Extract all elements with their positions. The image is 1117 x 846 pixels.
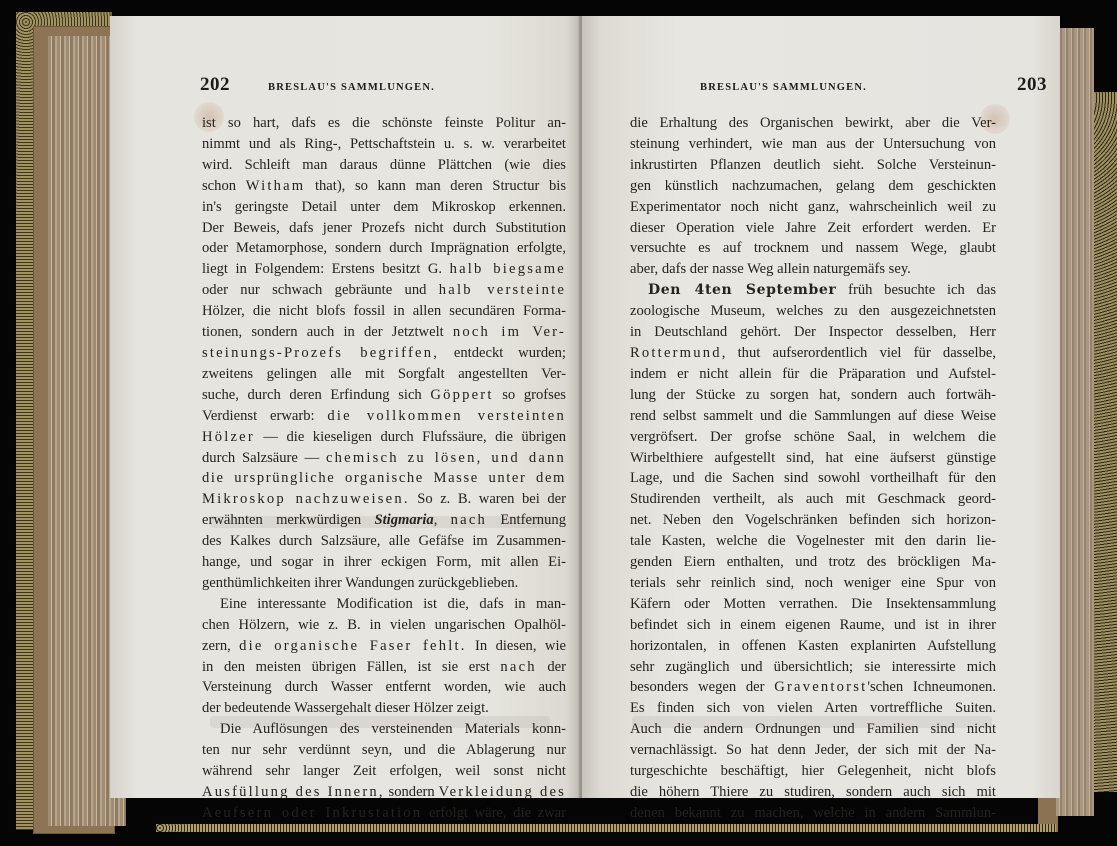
spaced-emphasis: nach bbox=[500, 659, 536, 675]
text-span: In diesen, wie bbox=[467, 638, 566, 654]
spaced-name: Witham bbox=[246, 178, 306, 194]
text-line: gen künstlich nachzumachen, gelang dem g… bbox=[630, 176, 996, 197]
text-line: horizontalen, in offenen Kasten explanir… bbox=[630, 636, 996, 657]
spaced-emphasis: halb biegsame bbox=[450, 261, 566, 277]
text-line: zoologische Museum, welches zu den ausge… bbox=[630, 301, 996, 322]
text-line: versuchte es auf trocknem und nassem Weg… bbox=[630, 238, 996, 259]
spaced-emphasis: Verkleidung des bbox=[438, 784, 566, 800]
page-header: 202 BRESLAU'S SAMMLUNGEN. bbox=[200, 74, 580, 98]
text-span: — die kieseligen durch Flufssäure, die ü… bbox=[255, 429, 566, 445]
text-line: aber, dafs der nasse Weg allein naturgem… bbox=[630, 259, 996, 280]
text-line: hange, und sogar in ihrer eckigen Form, … bbox=[202, 552, 566, 573]
text-line: Auch die andern Ordnungen und Familien s… bbox=[630, 719, 996, 740]
text-line: turgeschichte beschäftigt, hier Gelegenh… bbox=[630, 761, 996, 782]
text-span: that), so kann man deren Structur bis bbox=[305, 178, 566, 194]
text-line: Experimentator noch nicht ganz, wahrsche… bbox=[630, 197, 996, 218]
text-line: Lage, und die Sachen sind sowohl vorthei… bbox=[630, 468, 996, 489]
spaced-emphasis: nach bbox=[451, 512, 487, 528]
text-line: terials sehr reinlich sind, noch weniger… bbox=[630, 573, 996, 594]
text-line: Ausfüllung des Innern, sondern Verkleidu… bbox=[202, 782, 566, 803]
text-line: chen Hölzern, wie z. B. in vielen ungari… bbox=[202, 615, 566, 636]
text-line: steinung verhindert, wie man aus der Unt… bbox=[630, 134, 996, 155]
text-line: vernachlässigt. So hat denn Jeder, der s… bbox=[630, 740, 996, 761]
text-span: erwähnten merkwürdigen bbox=[202, 512, 375, 528]
text-line: nimmt und als Ring-, Pettschaftstein u. … bbox=[202, 134, 566, 155]
text-line: erwähnten merkwürdigen Stigmaria, nach E… bbox=[202, 510, 566, 531]
text-span: durch Salzsäure — bbox=[202, 450, 326, 466]
spaced-emphasis: chemisch zu lösen, und dann bbox=[326, 450, 566, 466]
text-span: , thut aufserordentlich viel für dasselb… bbox=[722, 345, 996, 361]
text-line: genthümlichkeiten ihrer Wandungen zurück… bbox=[202, 573, 566, 594]
text-line: Die Auflösungen des versteinenden Materi… bbox=[202, 719, 566, 740]
text-span: zern, bbox=[202, 638, 239, 654]
text-span: entdeckt wurden; bbox=[439, 345, 566, 361]
text-span: oder nur schwach gebräunte und bbox=[202, 282, 439, 298]
page-body: die Erhaltung des Organischen bewirkt, a… bbox=[630, 113, 996, 824]
text-line: des Kalkes durch Salzsäure, alle Gefäfse… bbox=[202, 531, 566, 552]
text-span: , bbox=[434, 512, 451, 528]
text-line: zern, die organische Faser fehlt. In die… bbox=[202, 636, 566, 657]
text-line: in's geringste Detail unter dem Mikrosko… bbox=[202, 197, 566, 218]
right-page: BRESLAU'S SAMMLUNGEN. 203 die Erhaltung … bbox=[582, 16, 1060, 798]
text-line: die höhern Thiere zu studiren, sondern a… bbox=[630, 782, 996, 803]
text-line: steinungs-Prozefs begriffen, entdeckt wu… bbox=[202, 343, 566, 364]
spaced-emphasis: Mikroskop nachzuweisen. bbox=[202, 491, 410, 507]
text-line: indem er nicht allein für die Präparatio… bbox=[630, 364, 996, 385]
text-line: oder nur schwach gebräunte und halb vers… bbox=[202, 280, 566, 301]
spaced-emphasis: halb versteinte bbox=[439, 282, 566, 298]
page-number: 203 bbox=[1017, 74, 1047, 96]
text-line: genden Eiern enthalten, und trotz des br… bbox=[630, 552, 996, 573]
text-span: suche, durch deren Erfindung sich bbox=[202, 387, 430, 403]
text-span: erfolgt wäre, die zwar bbox=[422, 805, 566, 821]
text-line: liegt in Folgendem: Erstens besitzt G. h… bbox=[202, 259, 566, 280]
text-span: tionen, sondern auch in der Jetztwelt bbox=[202, 324, 453, 340]
text-span: Verdienst erwarb: bbox=[202, 408, 327, 424]
text-span: der bbox=[537, 659, 566, 675]
text-line: tale Kasten, welche die Vogelnester mit … bbox=[630, 531, 996, 552]
text-line: Eine interessante Modification ist die, … bbox=[202, 594, 566, 615]
text-line: Aeufsern oder Inkrustation erfolgt wäre,… bbox=[202, 803, 566, 824]
text-span: So z. B. waren bei der bbox=[410, 491, 566, 507]
text-line: befindet sich in einem eigenen Raume, un… bbox=[630, 615, 996, 636]
text-line: Hölzer — die kieseligen durch Flufssäure… bbox=[202, 427, 566, 448]
left-page: 202 BRESLAU'S SAMMLUNGEN. ist so hart, d… bbox=[110, 16, 580, 798]
spaced-emphasis: Ausfüllung des Innern, bbox=[202, 784, 385, 800]
text-span: schon bbox=[202, 178, 246, 194]
text-line: die Erhaltung des Organischen bewirkt, a… bbox=[630, 113, 996, 134]
spaced-emphasis: steinungs-Prozefs begriffen, bbox=[202, 345, 439, 361]
text-line: rend selbst sammelt und die Sammlungen a… bbox=[630, 406, 996, 427]
text-span: besonders wegen der bbox=[630, 679, 774, 695]
text-line: in Deutschland gehört. Der Inspector des… bbox=[630, 322, 996, 343]
spaced-name: Göppert bbox=[430, 387, 493, 403]
text-line: Der Beweis, dafs jener Prozefs nicht dur… bbox=[202, 218, 566, 239]
text-line: Studirenden vertheilt, als auch mit Gesc… bbox=[630, 489, 996, 510]
text-span: in den meisten übrigen Fällen, ist sie e… bbox=[202, 659, 500, 675]
page-edges-right bbox=[1056, 28, 1094, 816]
text-line: der bedeutende Wassergehalt dieser Hölze… bbox=[202, 698, 566, 719]
spaced-name: Rottermund bbox=[630, 345, 722, 361]
text-span: sondern bbox=[385, 784, 439, 800]
text-line: zweitens gelingen alle mit Sorgfalt ange… bbox=[202, 364, 566, 385]
text-line: schon Witham that), so kann man deren St… bbox=[202, 176, 566, 197]
text-line: tionen, sondern auch in der Jetztwelt no… bbox=[202, 322, 566, 343]
text-line: Wirbelthiere aufgestellt sind, hat eine … bbox=[630, 448, 996, 469]
book-spread: 202 BRESLAU'S SAMMLUNGEN. ist so hart, d… bbox=[16, 12, 1117, 832]
text-line: Es finden sich von vielen Arten vortreff… bbox=[630, 698, 996, 719]
text-line: sehr zugänglich und übersichtlich; sie i… bbox=[630, 657, 996, 678]
spaced-emphasis: Hölzer bbox=[202, 429, 255, 445]
text-line: suche, durch deren Erfindung sich Göpper… bbox=[202, 385, 566, 406]
text-line: oder Metamorphose, sondern durch Imprägn… bbox=[202, 238, 566, 259]
text-line: denen bekannt zu machen, welche in ander… bbox=[630, 803, 996, 824]
text-line: ten nur sehr verdünnt seyn, und die Abla… bbox=[202, 740, 566, 761]
text-line: während sehr langer Zeit erfolgen, weil … bbox=[202, 761, 566, 782]
text-line: inkrustirten Pflanzen deutlich sieht. So… bbox=[630, 155, 996, 176]
spaced-emphasis: Aeufsern oder Inkrustation bbox=[202, 805, 422, 821]
text-line: Hölzer, die nicht blofs fossil in allen … bbox=[202, 301, 566, 322]
page-number: 202 bbox=[200, 74, 230, 96]
spaced-name: Graventorst bbox=[774, 679, 867, 695]
italic-taxon: Stigmaria bbox=[375, 512, 434, 528]
marbled-edge-bottom bbox=[156, 824, 1056, 832]
text-line: Den 4ten September früh besuchte ich das bbox=[630, 280, 996, 301]
text-span: 'schen Ichneumonen. bbox=[867, 679, 996, 695]
text-line: dieser Operation viele Jahre Zeit erford… bbox=[630, 218, 996, 239]
page-body: ist so hart, dafs es die schönste feinst… bbox=[202, 113, 566, 824]
text-line: ist so hart, dafs es die schönste feinst… bbox=[202, 113, 566, 134]
spaced-emphasis: die vollkommen versteinten bbox=[327, 408, 566, 424]
running-head: BRESLAU'S SAMMLUNGEN. bbox=[268, 82, 435, 93]
text-line: net. Neben den Vogelschränken befinden s… bbox=[630, 510, 996, 531]
page-header: BRESLAU'S SAMMLUNGEN. 203 bbox=[662, 74, 1047, 98]
text-line: in den meisten übrigen Fällen, ist sie e… bbox=[202, 657, 566, 678]
text-line: Verdienst erwarb: die vollkommen verstei… bbox=[202, 406, 566, 427]
text-line: Käfern oder Motten verrathen. Die Insekt… bbox=[630, 594, 996, 615]
text-line: lung der Stücke zu sorgen hat, sondern a… bbox=[630, 385, 996, 406]
text-line: Versteinung durch Wasser entfernt worden… bbox=[202, 677, 566, 698]
text-span: liegt in Folgendem: Erstens besitzt G. bbox=[202, 261, 450, 277]
text-line: durch Salzsäure — chemisch zu lösen, und… bbox=[202, 448, 566, 469]
text-line: Rottermund, thut aufserordentlich viel f… bbox=[630, 343, 996, 364]
text-line: wird. Schleift man daraus dünne Plättche… bbox=[202, 155, 566, 176]
text-line: die ursprüngliche organische Masse unter… bbox=[202, 468, 566, 489]
text-line: besonders wegen der Graventorst'schen Ic… bbox=[630, 677, 996, 698]
text-span: früh besuchte ich das bbox=[836, 282, 996, 298]
blackletter-date: Den 4ten September bbox=[648, 282, 836, 298]
text-line: Mikroskop nachzuweisen. So z. B. waren b… bbox=[202, 489, 566, 510]
text-span: so grofses bbox=[494, 387, 566, 403]
spaced-emphasis: noch im Ver- bbox=[453, 324, 566, 340]
text-line: vergröfsert. Der grofse schöne Saal, in … bbox=[630, 427, 996, 448]
spaced-emphasis: die organische Faser fehlt. bbox=[239, 638, 466, 654]
text-span: Entfernung bbox=[487, 512, 566, 528]
running-head: BRESLAU'S SAMMLUNGEN. bbox=[700, 82, 867, 93]
